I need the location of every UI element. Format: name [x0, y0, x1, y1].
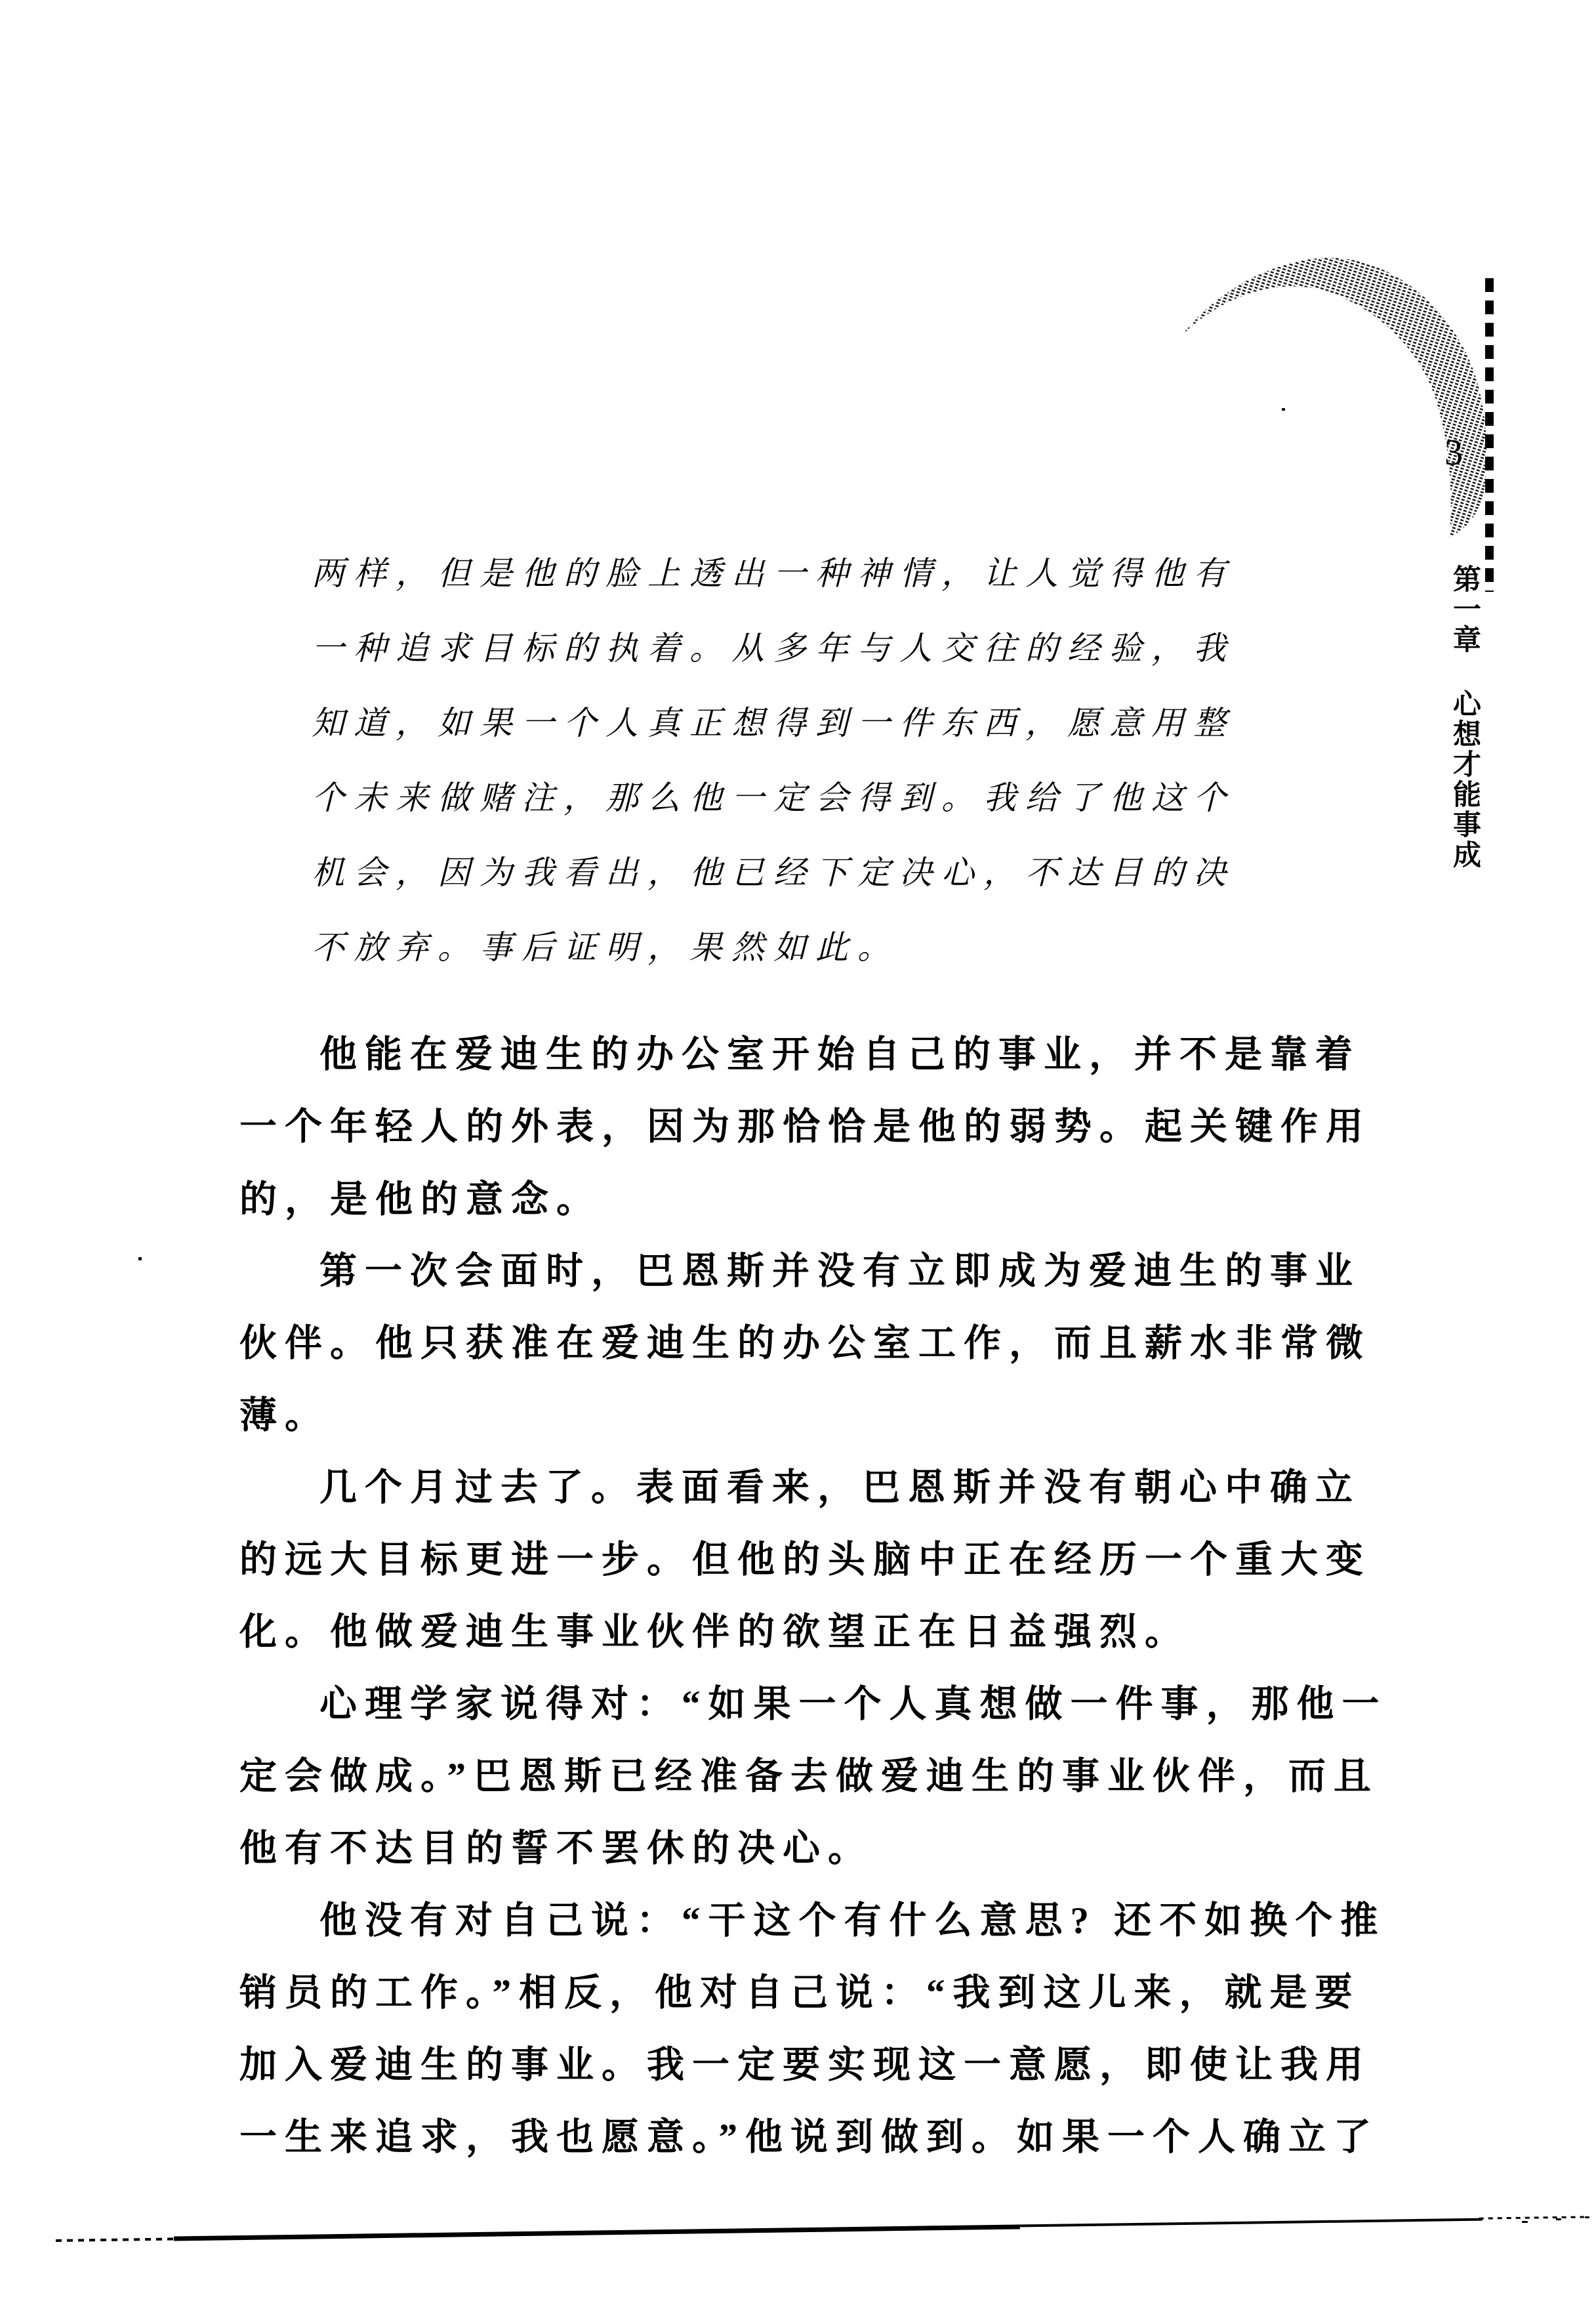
scan-artifact-segment — [174, 2224, 1020, 2241]
body-line: 第一次会面时，巴恩斯并没有立即成为爱迪生的事业 — [239, 1235, 1394, 1308]
scan-speck — [1282, 408, 1285, 411]
quote-line: 机会，因为我看出，他已经下定决心，不达目的决 — [312, 835, 1269, 910]
quote-line: 一种追求目标的执着。从多年与人交往的经验，我 — [312, 611, 1269, 686]
crescent-moon-graphic — [1148, 241, 1496, 543]
scan-speck — [1346, 1972, 1349, 1975]
chapter-name: 心想才能事成 — [1449, 689, 1481, 870]
body-line: 的，是他的意念。 — [239, 1163, 1394, 1235]
scan-speck — [1556, 2218, 1561, 2220]
scan-speck — [1585, 2216, 1589, 2218]
quote-line: 不放弃。事后证明，果然如此。 — [312, 910, 1269, 985]
body-line: 薄。 — [239, 1380, 1394, 1452]
body-line: 伙伴。他只获准在爱迪生的办公室工作，而且薪水非常微 — [239, 1308, 1394, 1380]
body-line-text: 的，是他的 — [239, 1179, 466, 1220]
body-line-text: 。 — [556, 1179, 602, 1220]
body-line: 心理学家说得对：“如果一个人真想做一件事，那他一 — [239, 1669, 1394, 1741]
body-line: 一生来追求，我也愿意。”他说到做到。如果一个人确立了 — [239, 2102, 1394, 2174]
scanned-book-page: 3 第一章心想才能事成 两样，但是他的脸上透出一种神情，让人觉得他有 一种追求目… — [0, 0, 1596, 2301]
quote-line: 知道，如果一个人真正想得到一件东西，愿意用整 — [312, 686, 1269, 760]
chapter-title-vertical: 第一章心想才能事成 — [1446, 564, 1485, 873]
dashed-vertical-rule — [1485, 278, 1494, 592]
scan-speck — [1522, 2221, 1528, 2223]
page-number: 3 — [1434, 433, 1473, 472]
scan-artifact-segment — [1479, 2216, 1584, 2219]
quote-line: 个未来做赌注，那么他一定会得到。我给了他这个 — [312, 760, 1269, 835]
body-line: 定会做成。”巴恩斯已经准备去做爱迪生的事业伙伴，而且 — [239, 1741, 1394, 1813]
body-line: 销员的工作。”相反，他对自己说：“我到这儿来，就是要 — [239, 1957, 1394, 2029]
scan-speck — [1329, 1132, 1333, 1135]
scan-speck — [138, 1257, 142, 1260]
scan-artifact-segment — [56, 2237, 177, 2242]
body-line: 他没有对自己说：“干这个有什么意思? 还不如换个推 — [239, 1885, 1394, 1957]
chapter-number: 第一章 — [1449, 564, 1481, 655]
quote-block: 两样，但是他的脸上透出一种神情，让人觉得他有 一种追求目标的执着。从多年与人交往… — [312, 536, 1269, 985]
body-line: 化。他做爱迪生事业伙伴的欲望正在日益强烈。 — [239, 1596, 1394, 1669]
body-line: 他能在爱迪生的办公室开始自己的事业，并不是靠着 — [239, 1019, 1394, 1091]
body-line: 几个月过去了。表面看来，巴恩斯并没有朝心中确立 — [239, 1452, 1394, 1524]
body-line: 的远大目标更进一步。但他的头脑中正在经历一个重大变 — [239, 1524, 1394, 1596]
emphasized-term: 意念 — [466, 1178, 556, 1220]
body-line: 他有不达目的誓不罢休的决心。 — [239, 1813, 1394, 1885]
body-text: 他能在爱迪生的办公室开始自己的事业，并不是靠着 一个年轻人的外表，因为那恰恰是他… — [239, 1019, 1394, 2174]
quote-line: 两样，但是他的脸上透出一种神情，让人觉得他有 — [312, 536, 1269, 611]
scan-artifact-line — [56, 2214, 1584, 2244]
body-line: 一个年轻人的外表，因为那恰恰是他的弱势。起关键作用 — [239, 1091, 1394, 1163]
body-line: 加入爱迪生的事业。我一定要实现这一意愿，即使让我用 — [239, 2029, 1394, 2102]
scan-artifact-segment — [1017, 2218, 1483, 2228]
